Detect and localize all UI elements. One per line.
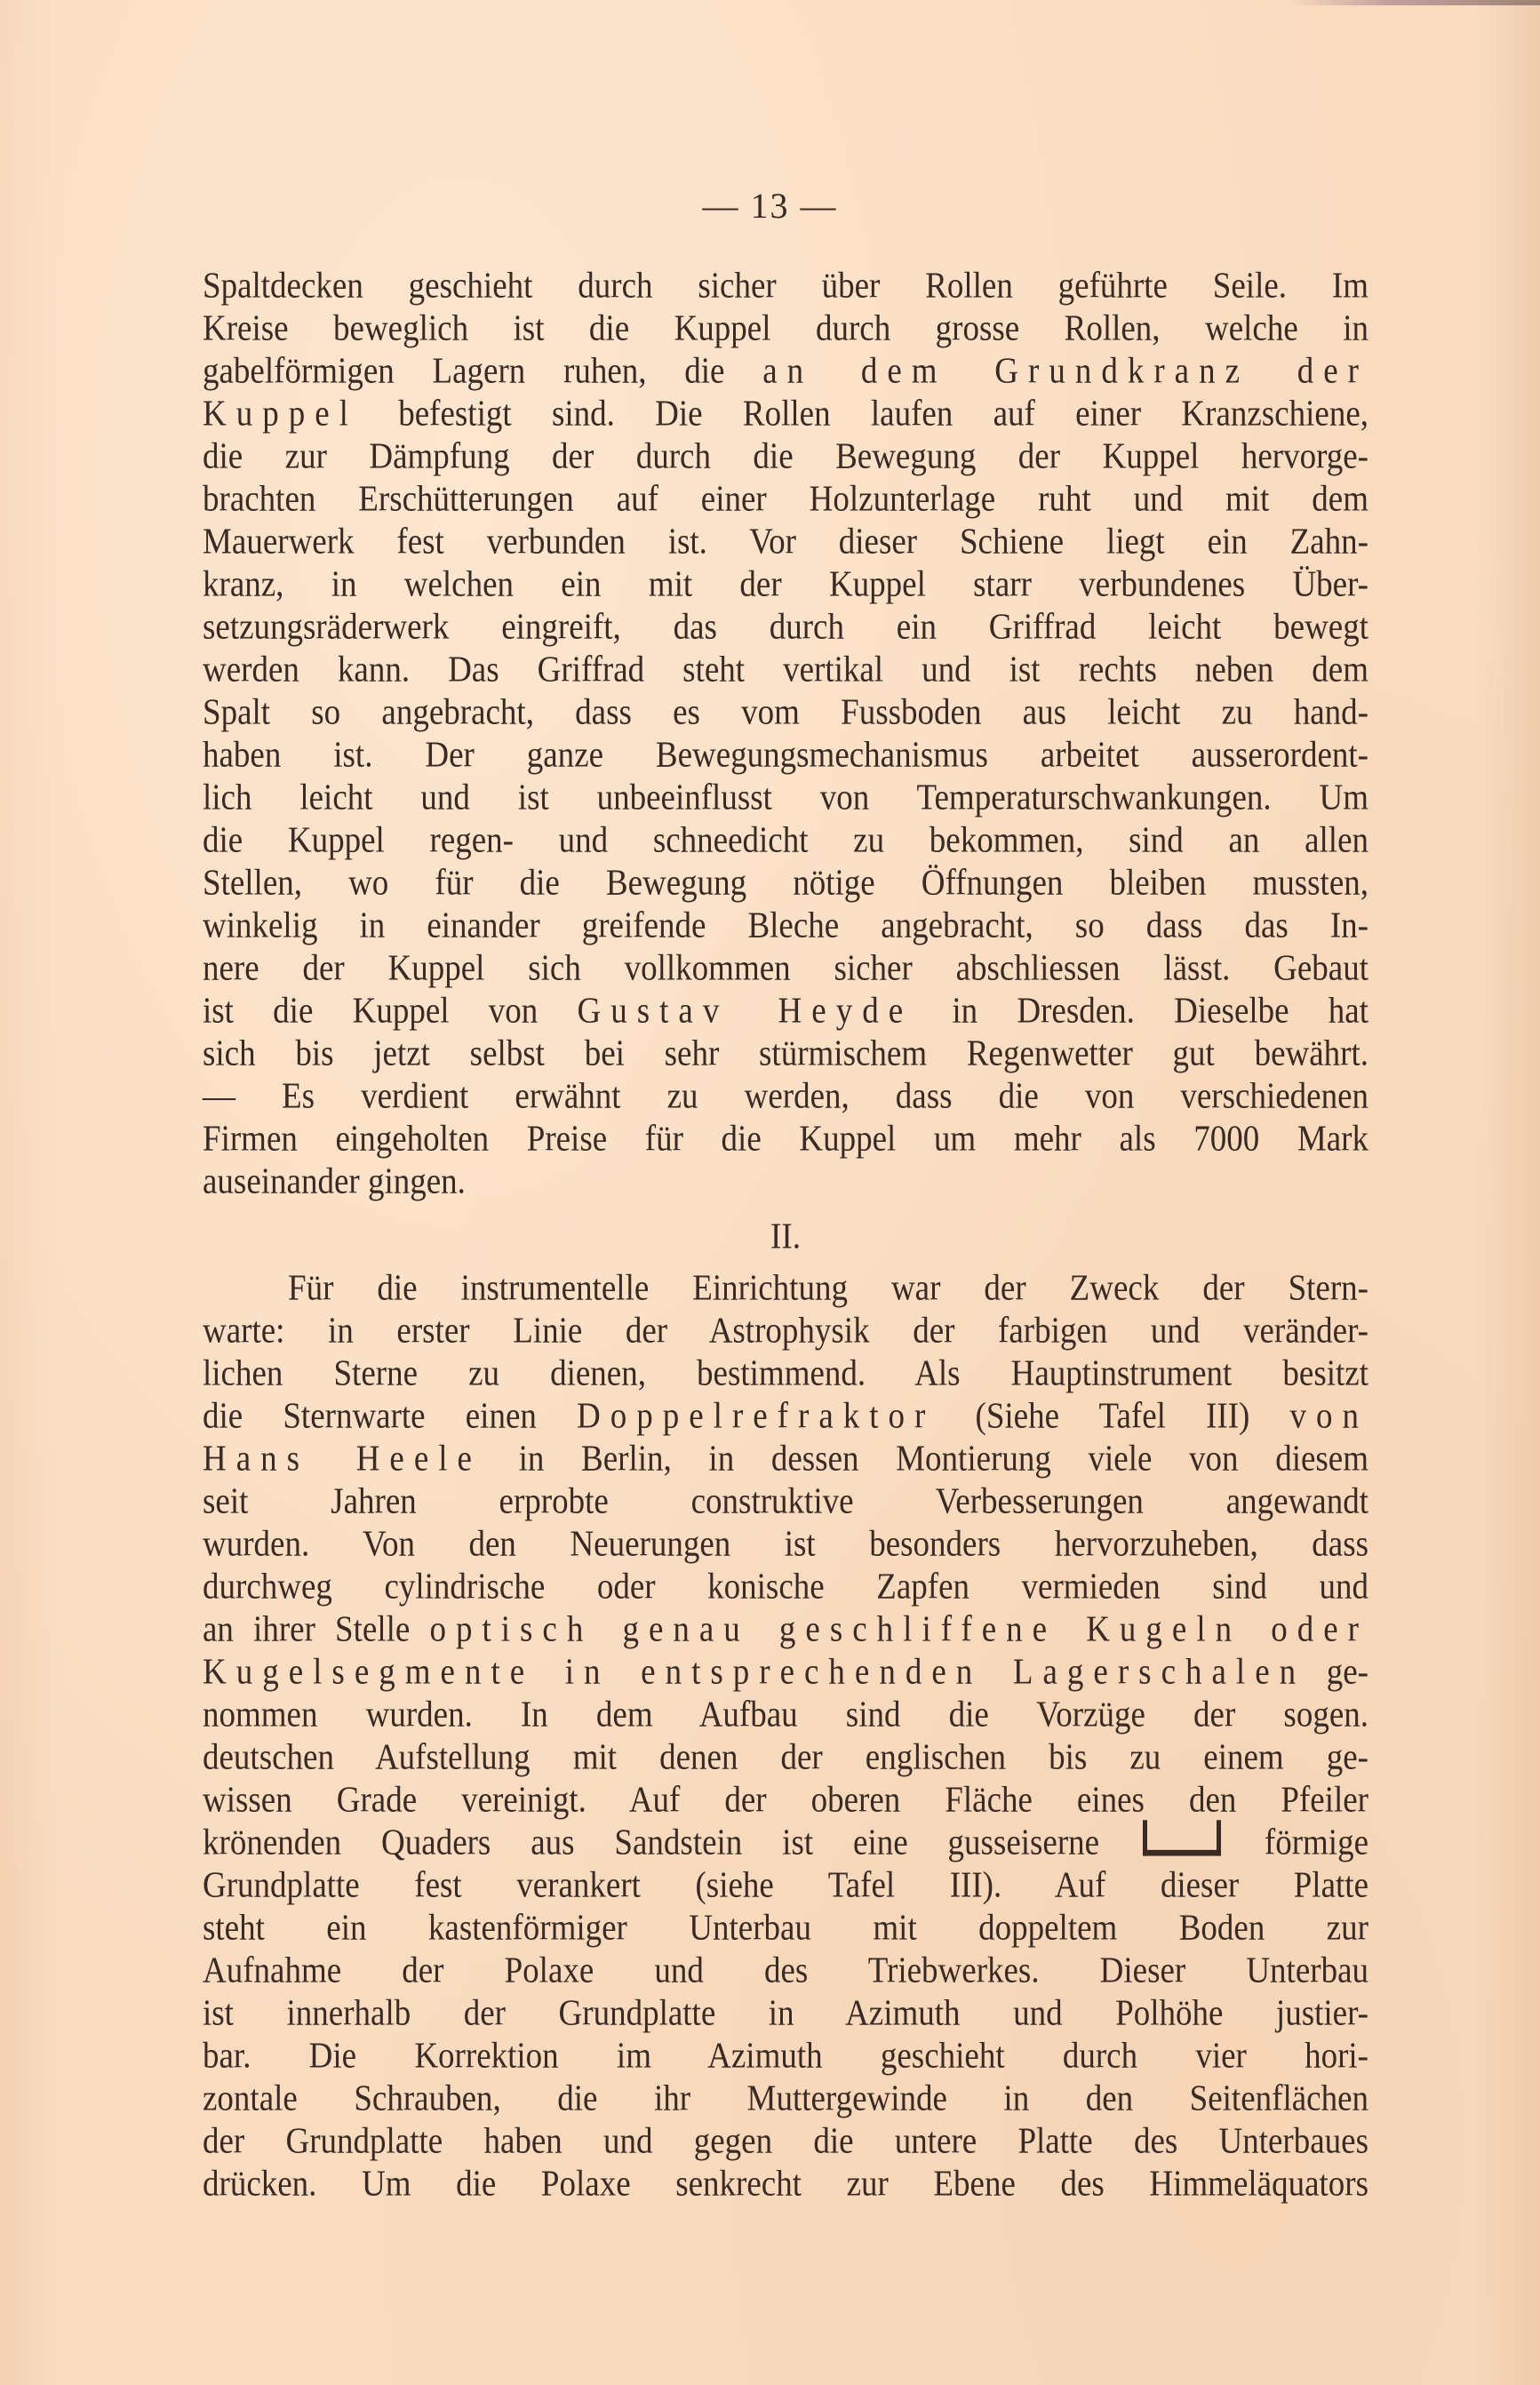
text-run: lichen Sterne zu dienen, bestimmend. Als… [203, 1352, 1368, 1393]
text-run: ge- [1305, 1651, 1368, 1692]
text-line: lichen Sterne zu dienen, bestimmend. Als… [203, 1350, 1368, 1398]
text-run: förmige [1225, 1822, 1368, 1863]
text-run: haben ist. Der ganze Bewegungsmechanismu… [203, 734, 1368, 775]
emphasized-text: Gustav Heyde [578, 990, 914, 1031]
emphasized-text: Hans Heele [203, 1438, 482, 1479]
text-line: gabelförmigen Lagern ruhen, die an dem G… [203, 347, 1368, 395]
text-run: brachten Erschütterungen auf einer Holzu… [203, 478, 1368, 519]
text-run: in Dresden. Dieselbe hat [913, 990, 1368, 1031]
text-line: — Es verdient erwähnt zu werden, dass di… [203, 1073, 1368, 1121]
text-run: durchweg cylindrische oder konische Zapf… [203, 1566, 1368, 1607]
text-run: befestigt sind. Die Rollen laufen auf ei… [358, 393, 1368, 434]
text-run: werden kann. Das Griffrad steht vertikal… [203, 649, 1368, 690]
text-run: in Berlin, in dessen Montierung viele vo… [482, 1438, 1368, 1479]
text-line: die Kuppel regen- und schneedicht zu bek… [203, 817, 1368, 865]
text-run: deutschen Aufstellung mit denen der engl… [203, 1736, 1368, 1777]
text-run: winkelig in einander greifende Bleche an… [203, 905, 1368, 945]
text-run: (Siehe Tafel III) [935, 1395, 1289, 1436]
text-line: brachten Erschütterungen auf einer Holzu… [203, 475, 1368, 523]
text-run: lich leicht und ist unbeeinflusst von Te… [203, 777, 1368, 818]
text-line: die zur Dämpfung der durch die Bewegung … [203, 433, 1368, 481]
text-line: wissen Grade vereinigt. Auf der oberen F… [203, 1776, 1368, 1824]
text-run: auseinander gingen. [203, 1161, 466, 1201]
text-run: Spalt so angebracht, dass es vom Fussbod… [203, 691, 1368, 732]
text-run: krönenden Quaders aus Sandstein ist eine… [203, 1822, 1139, 1863]
paragraph-dome-mechanism: Spaltdecken geschieht durch sicher über … [203, 265, 1368, 1203]
text-line: Stellen, wo für die Bewegung nötige Öffn… [203, 859, 1368, 907]
text-run: der Grundplatte haben und gegen die unte… [203, 2120, 1368, 2161]
text-line: nere der Kuppel sich vollkommen sicher a… [203, 945, 1368, 993]
text-run: gabelförmigen Lagern ruhen, die [203, 350, 762, 391]
text-line: sich bis jetzt selbst bei sehr stürmisch… [203, 1030, 1368, 1078]
text-run: Für die instrumentelle Einrichtung war d… [288, 1267, 1368, 1308]
text-run: ist innerhalb der Grundplatte in Azimuth… [203, 1992, 1368, 2033]
text-line: wurden. Von den Neuerungen ist besonders… [203, 1520, 1368, 1568]
text-line: Grundplatte fest verankert (siehe Tafel … [203, 1862, 1368, 1910]
text-line: haben ist. Der ganze Bewegungsmechanismu… [203, 731, 1368, 779]
text-run: Aufnahme der Polaxe und des Triebwerkes.… [203, 1950, 1368, 1990]
text-line: drücken. Um die Polaxe senkrecht zur Ebe… [203, 2160, 1368, 2208]
text-line: Kreise beweglich ist die Kuppel durch gr… [203, 305, 1368, 353]
text-line: Kuppel befestigt sind. Die Rollen laufen… [203, 390, 1368, 438]
text-line: seit Jahren erprobte construktive Verbes… [203, 1478, 1368, 1526]
text-line: Hans Heele in Berlin, in dessen Montieru… [203, 1435, 1368, 1483]
text-line: ist die Kuppel von Gustav Heyde in Dresd… [203, 987, 1368, 1035]
emphasized-text: an dem Grundkranz der [762, 350, 1368, 391]
text-run: die Sternwarte einen [203, 1395, 577, 1436]
text-run: sich bis jetzt selbst bei sehr stürmisch… [203, 1033, 1368, 1073]
paragraph-instrument-setup: Für die instrumentelle Einrichtung war d… [203, 1267, 1368, 2206]
body-text: Spaltdecken geschieht durch sicher über … [203, 265, 1368, 2206]
text-line: Spaltdecken geschieht durch sicher über … [203, 262, 1368, 310]
text-run: Spaltdecken geschieht durch sicher über … [203, 265, 1368, 306]
text-line: ist innerhalb der Grundplatte in Azimuth… [203, 1990, 1368, 2038]
text-run: die zur Dämpfung der durch die Bewegung … [203, 435, 1368, 476]
text-line: Für die instrumentelle Einrichtung war d… [203, 1264, 1368, 1312]
text-run: steht ein kastenförmiger Unterbau mit do… [203, 1907, 1368, 1948]
emphasized-text: Kugelsegmente in entsprechenden Lagersch… [203, 1651, 1305, 1692]
text-line: winkelig in einander greifende Bleche an… [203, 902, 1368, 950]
text-line: Firmen eingeholten Preise für die Kuppel… [203, 1115, 1368, 1163]
text-run: — Es verdient erwähnt zu werden, dass di… [203, 1075, 1368, 1116]
text-line: setzungsräderwerk eingreift, das durch e… [203, 603, 1368, 651]
text-line: werden kann. Das Griffrad steht vertikal… [203, 646, 1368, 694]
section-heading: II. [203, 1207, 1368, 1266]
text-line: Mauerwerk fest verbunden ist. Vor dieser… [203, 518, 1368, 566]
text-line: Kugelsegmente in entsprechenden Lagersch… [203, 1648, 1368, 1696]
text-run: zontale Schrauben, die ihr Muttergewinde… [203, 2078, 1368, 2118]
u-shape-icon [1143, 1820, 1221, 1855]
text-run: Firmen eingeholten Preise für die Kuppel… [203, 1118, 1368, 1159]
text-line: Aufnahme der Polaxe und des Triebwerkes.… [203, 1947, 1368, 1995]
text-line: bar. Die Korrektion im Azimuth geschieht… [203, 2032, 1368, 2080]
text-run: bar. Die Korrektion im Azimuth geschieht… [203, 2035, 1368, 2076]
text-run: Kreise beweglich ist die Kuppel durch gr… [203, 307, 1368, 348]
text-line: der Grundplatte haben und gegen die unte… [203, 2118, 1368, 2166]
text-line: krönenden Quaders aus Sandstein ist eine… [203, 1819, 1368, 1867]
text-run: Stellen, wo für die Bewegung nötige Öffn… [203, 862, 1368, 903]
text-run: Grundplatte fest verankert (siehe Tafel … [203, 1864, 1368, 1905]
emphasized-text: Doppelrefraktor [577, 1395, 935, 1436]
text-run: die Kuppel regen- und schneedicht zu bek… [203, 819, 1368, 860]
text-run: an ihrer Stelle [203, 1608, 429, 1649]
text-line: lich leicht und ist unbeeinflusst von Te… [203, 774, 1368, 822]
text-line: durchweg cylindrische oder konische Zapf… [203, 1563, 1368, 1611]
text-run: seit Jahren erprobte construktive Verbes… [203, 1480, 1368, 1521]
page-number: — 13 — [0, 185, 1540, 227]
text-run: wurden. Von den Neuerungen ist besonders… [203, 1523, 1368, 1564]
emphasized-text: optisch genau geschliffene Kugeln oder [429, 1608, 1368, 1649]
text-run: nere der Kuppel sich vollkommen sicher a… [203, 947, 1368, 988]
text-line: die Sternwarte einen Doppelrefraktor (Si… [203, 1392, 1368, 1440]
text-run: drücken. Um die Polaxe senkrecht zur Ebe… [203, 2163, 1368, 2204]
text-run: kranz, in welchen ein mit der Kuppel sta… [203, 563, 1368, 604]
text-line: Spalt so angebracht, dass es vom Fussbod… [203, 689, 1368, 737]
text-run: Mauerwerk fest verbunden ist. Vor dieser… [203, 521, 1368, 562]
text-line: an ihrer Stelle optisch genau geschliffe… [203, 1606, 1368, 1654]
text-line: nommen wurden. In dem Aufbau sind die Vo… [203, 1691, 1368, 1739]
text-line: zontale Schrauben, die ihr Muttergewinde… [203, 2075, 1368, 2123]
emphasized-text: Kuppel [203, 393, 358, 434]
text-run: nommen wurden. In dem Aufbau sind die Vo… [203, 1694, 1368, 1735]
emphasized-text: von [1290, 1395, 1369, 1436]
text-run: ist die Kuppel von [203, 990, 578, 1031]
text-run: setzungsräderwerk eingreift, das durch e… [203, 606, 1368, 647]
text-line: deutschen Aufstellung mit denen der engl… [203, 1734, 1368, 1782]
text-run: warte: in erster Linie der Astrophysik d… [203, 1310, 1368, 1351]
text-line: steht ein kastenförmiger Unterbau mit do… [203, 1904, 1368, 1952]
page-top-edge [1289, 0, 1540, 5]
text-line: warte: in erster Linie der Astrophysik d… [203, 1307, 1368, 1355]
text-line: auseinander gingen. [203, 1158, 1368, 1206]
text-run: wissen Grade vereinigt. Auf der oberen F… [203, 1779, 1368, 1820]
text-line: kranz, in welchen ein mit der Kuppel sta… [203, 561, 1368, 609]
